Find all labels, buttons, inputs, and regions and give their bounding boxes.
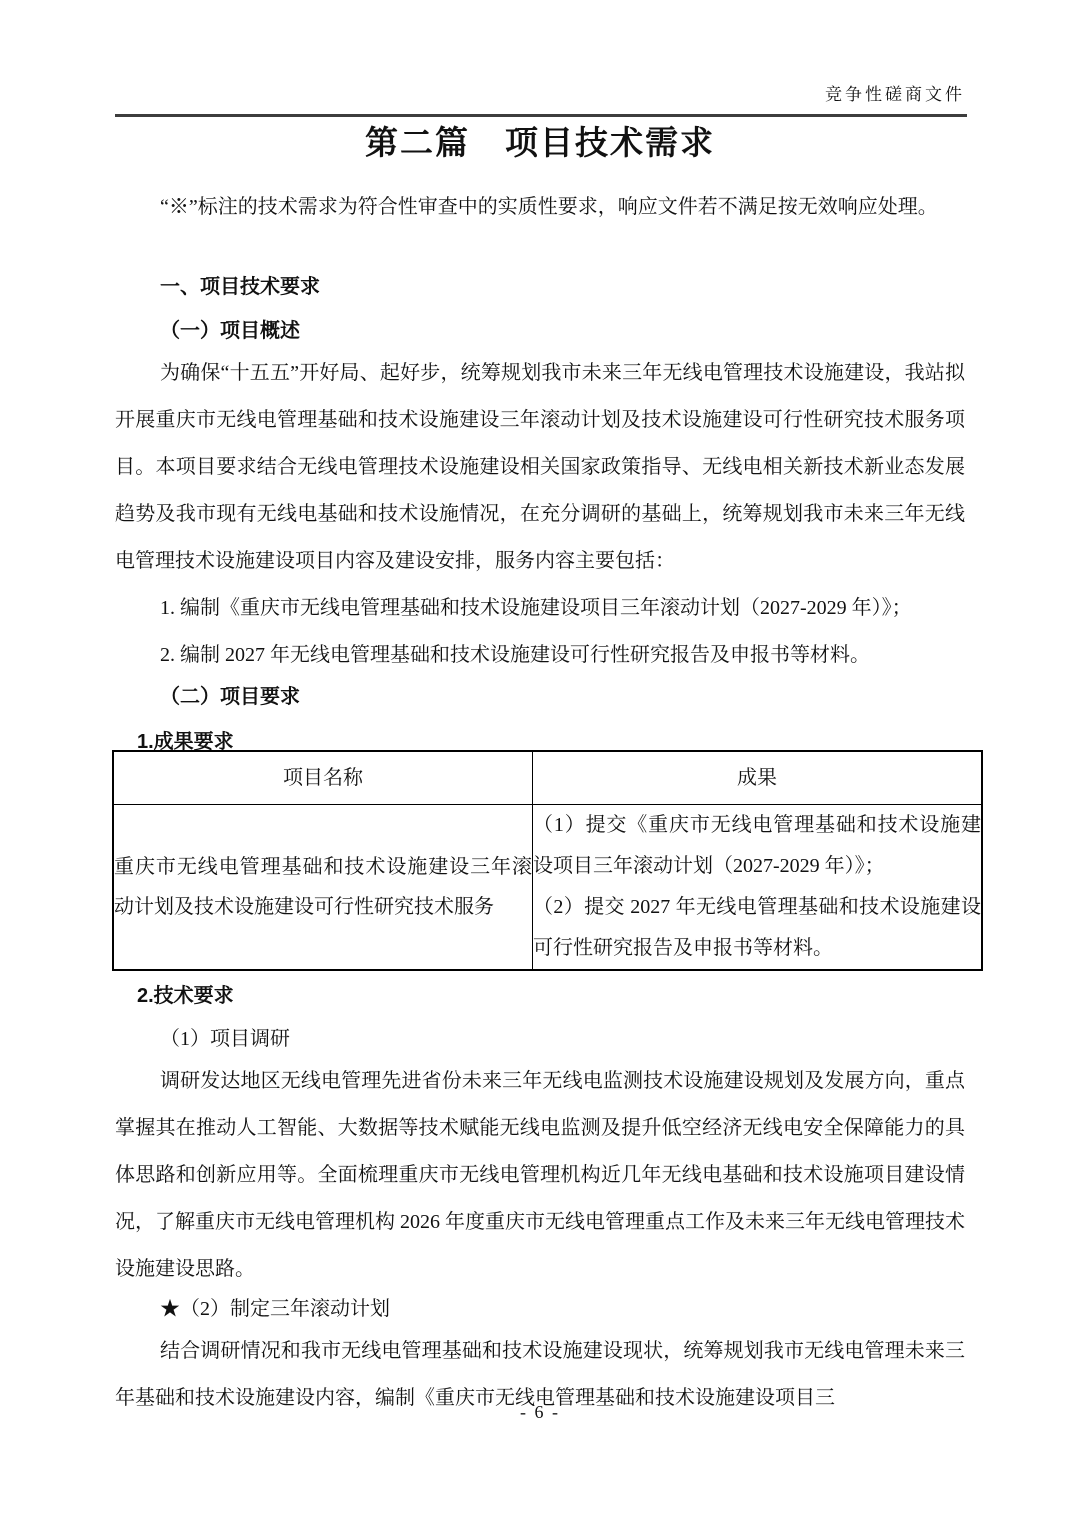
result-item-2: （2）提交 2027 年无线电管理基础和技术设施建设可行性研究报告及申报书等材料… (533, 887, 981, 969)
table-header-result: 成果 (533, 751, 983, 805)
subsection-heading-requirements: （二）项目要求 (115, 674, 1010, 721)
heading-tech-requirements: 2.技术要求 (115, 973, 987, 1020)
document-page: 竞争性磋商文件 第二篇 项目技术需求 “※”标注的技术需求为符合性审查中的实质性… (0, 0, 1074, 1520)
research-paragraph: 调研发达地区无线电管理先进省份未来三年无线电监测技术设施建设规划及发展方向，重点… (115, 1058, 965, 1293)
intro-paragraph: “※”标注的技术需求为符合性审查中的实质性要求，响应文件若不满足按无效响应处理。 (115, 184, 965, 231)
list-item-rolling-plan: 1. 编制《重庆市无线电管理基础和技术设施建设项目三年滚动计划（2027-202… (115, 585, 1010, 632)
result-item-1: （1）提交《重庆市无线电管理基础和技术设施建设项目三年滚动计划（2027-202… (533, 805, 981, 887)
table-row: 重庆市无线电管理基础和技术设施建设三年滚动计划及技术设施建设可行性研究技术服务 … (113, 805, 982, 971)
results-table: 项目名称 成果 重庆市无线电管理基础和技术设施建设三年滚动计划及技术设施建设可行… (112, 750, 983, 971)
list-item-feasibility-report: 2. 编制 2027 年无线电管理基础和技术设施建设可行性研究报告及申报书等材料… (115, 632, 1010, 679)
page-number: - 6 - (115, 1400, 965, 1424)
overview-paragraph: 为确保“十五五”开好局、起好步，统筹规划我市未来三年无线电管理技术设施建设，我站… (115, 350, 965, 585)
table-header-project-name: 项目名称 (113, 751, 533, 805)
table-header-row: 项目名称 成果 (113, 751, 982, 805)
header-rule (115, 114, 967, 117)
subheading-project-research: （1）项目调研 (115, 1016, 1010, 1063)
table-cell-project-name: 重庆市无线电管理基础和技术设施建设三年滚动计划及技术设施建设可行性研究技术服务 (113, 805, 533, 971)
page-header-label: 竞争性磋商文件 (115, 84, 965, 106)
page-title: 第二篇 项目技术需求 (115, 119, 965, 167)
subsection-heading-overview: （一）项目概述 (115, 308, 1010, 355)
table-cell-result: （1）提交《重庆市无线电管理基础和技术设施建设项目三年滚动计划（2027-202… (533, 805, 983, 971)
subheading-rolling-plan-starred: ★（2）制定三年滚动计划 (115, 1286, 1010, 1333)
section-heading-tech-requirements: 一、项目技术要求 (115, 264, 1010, 311)
